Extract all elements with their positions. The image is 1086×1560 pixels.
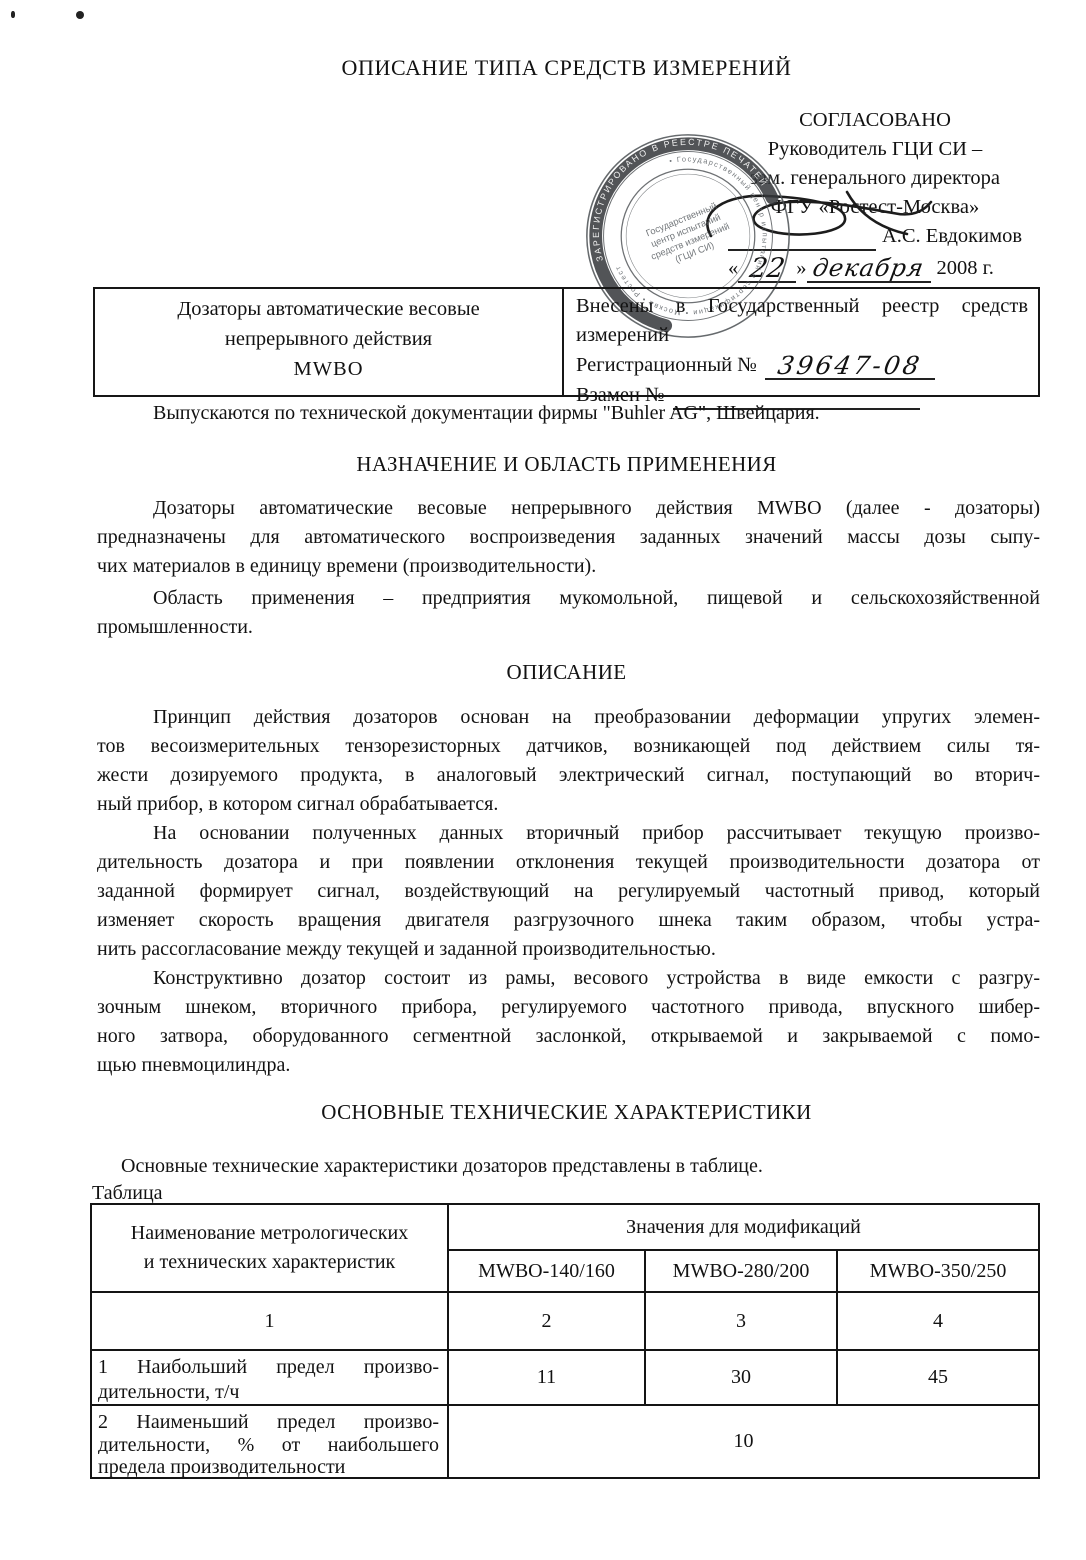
index-cell: 2: [447, 1291, 644, 1349]
index-cell: 1: [92, 1291, 447, 1349]
spec-value: 11: [447, 1349, 644, 1404]
text-line: Дозаторы автоматические весовые непрерыв…: [97, 494, 1040, 523]
text-line: предназначены для автоматического воспро…: [97, 523, 1040, 552]
text-line: На основании полученных данных вторичный…: [97, 819, 1040, 848]
index-cell: 3: [644, 1291, 836, 1349]
document-title: ОПИСАНИЕ ТИПА СРЕДСТВ ИЗМЕРЕНИЙ: [93, 55, 1040, 81]
registration-number-line: Регистрационный № 39647-08: [576, 350, 1028, 380]
description-paragraph-2: На основании полученных данных вторичный…: [97, 819, 1040, 964]
product-line: непрерывного действия: [95, 324, 562, 354]
text-line: дительности, % от наибольшего: [98, 1432, 439, 1455]
text-line: Конструктивно дозатор состоит из рамы, в…: [97, 964, 1040, 993]
stamp-center-line: (ГЦИ СИ): [674, 240, 716, 265]
specs-table: Наименование метрологических и техническ…: [90, 1203, 1040, 1479]
approver-name: А.С. Евдокимов: [882, 222, 1022, 251]
text-line: заданной формирует сигнал, воздействующи…: [97, 877, 1040, 906]
text-line: ного затвора, оборудованного сегментной …: [97, 1022, 1040, 1051]
model-header: MWBO-280/200: [644, 1249, 836, 1291]
text-line: промышленности.: [97, 613, 1040, 642]
specs-intro: Основные технические характеристики доза…: [97, 1152, 1040, 1181]
table-header-values: Значения для модификаций: [447, 1205, 1038, 1249]
index-cell: 4: [836, 1291, 1038, 1349]
section-heading-specs: ОСНОВНЫЕ ТЕХНИЧЕСКИЕ ХАРАКТЕРИСТИКИ: [93, 1100, 1040, 1125]
product-line: Дозаторы автоматические весовые: [95, 294, 562, 324]
scan-artifact-dot: [76, 11, 84, 19]
approval-year: 2008 г.: [937, 254, 994, 283]
signature-line: А.С. Евдокимов: [728, 223, 1022, 251]
text-line: дительности, т/ч: [98, 1379, 439, 1404]
text-line: жести дозируемого продукта, в аналоговый…: [97, 761, 1040, 790]
handwritten-registration-number: 39647-08: [776, 355, 924, 377]
stamp-center-line: центр испытаний: [650, 212, 722, 249]
stamp-center-line: Государственный: [644, 201, 718, 239]
section-heading-purpose: НАЗНАЧЕНИЕ И ОБЛАСТЬ ПРИМЕНЕНИЯ: [93, 452, 1040, 477]
purpose-paragraph-2: Область применения – предприятия мукомол…: [97, 584, 1040, 642]
table-caption: Таблица: [92, 1182, 163, 1205]
approver-role-line: Руководитель ГЦИ СИ –: [728, 135, 1022, 164]
text-line: нить рассогласование между текущей и зад…: [97, 935, 1040, 964]
spec-value: 45: [836, 1349, 1038, 1404]
text-line: 2 Наименьший предел произво-: [98, 1409, 439, 1432]
registry-entry-text: Внесены в Государственный реестр средств…: [576, 292, 1028, 350]
text-line: изменяет скорость вращения двигателя раз…: [97, 906, 1040, 935]
product-model: MWBO: [95, 354, 562, 384]
merged-spec-value: 10: [447, 1404, 1038, 1477]
open-quote: «: [728, 254, 738, 283]
approver-role-line: зам. генерального директора: [728, 164, 1022, 193]
spec-row-name: 2 Наименьший предел произво- дительности…: [92, 1404, 447, 1477]
text-line: Наименование метрологических: [131, 1219, 408, 1248]
text-line: щью пневмоцилиндра.: [97, 1051, 1040, 1080]
document-page: ОПИСАНИЕ ТИПА СРЕДСТВ ИЗМЕРЕНИЙ СОГЛАСОВ…: [0, 0, 1086, 1560]
manufacturer-note: Выпускаются по технической документации …: [97, 399, 1040, 428]
approval-date: « 22 » декабря 2008 г.: [728, 254, 1022, 283]
product-name-cell: Дозаторы автоматические весовые непрерыв…: [95, 289, 564, 395]
text-line: дительность дозатора и при появлении отк…: [97, 848, 1040, 877]
text-line: зочным шнеком, вторичного прибора, регул…: [97, 993, 1040, 1022]
text-line: ный прибор, в котором сигнал обрабатывае…: [97, 790, 1040, 819]
description-paragraph-3: Конструктивно дозатор состоит из рамы, в…: [97, 964, 1040, 1080]
text-line: 1 Наибольший предел произво-: [98, 1354, 439, 1379]
approval-status: СОГЛАСОВАНО: [728, 106, 1022, 135]
approver-org: ФГУ «Ростест-Москва»: [728, 193, 1022, 222]
text-line: предела производительности: [98, 1454, 439, 1477]
signature-space: [728, 229, 876, 251]
handwritten-month: декабря: [811, 256, 926, 280]
text-line: Основные технические характеристики доза…: [97, 1152, 1040, 1181]
text-line: Выпускаются по технической документации …: [97, 399, 1040, 428]
spec-value: 30: [644, 1349, 836, 1404]
purpose-paragraph-1: Дозаторы автоматические весовые непрерыв…: [97, 494, 1040, 581]
model-header: MWBO-140/160: [447, 1249, 644, 1291]
text-line: тов весоизмерительных тензорезисторных д…: [97, 732, 1040, 761]
close-quote: »: [796, 254, 806, 283]
handwritten-day: 22: [748, 257, 787, 281]
approval-block: СОГЛАСОВАНО Руководитель ГЦИ СИ – зам. г…: [728, 106, 1022, 283]
description-paragraph-1: Принцип действия дозаторов основан на пр…: [97, 703, 1040, 819]
model-header: MWBO-350/250: [836, 1249, 1038, 1291]
registration-number-label: Регистрационный №: [576, 351, 757, 380]
text-line: и технических характеристик: [144, 1248, 396, 1277]
scan-artifact-dot: [11, 11, 15, 18]
registry-entry-cell: Внесены в Государственный реестр средств…: [564, 289, 1038, 395]
registry-table: Дозаторы автоматические весовые непрерыв…: [93, 287, 1040, 397]
text-line: Принцип действия дозаторов основан на пр…: [97, 703, 1040, 732]
section-heading-description: ОПИСАНИЕ: [93, 660, 1040, 685]
spec-row-name: 1 Наибольший предел произво- дительности…: [92, 1349, 447, 1404]
stamp-center-line: средств измерений: [650, 221, 731, 262]
text-line: Область применения – предприятия мукомол…: [97, 584, 1040, 613]
table-header-characteristics: Наименование метрологических и техническ…: [92, 1205, 447, 1291]
text-line: чих материалов в единицу времени (произв…: [97, 552, 1040, 581]
